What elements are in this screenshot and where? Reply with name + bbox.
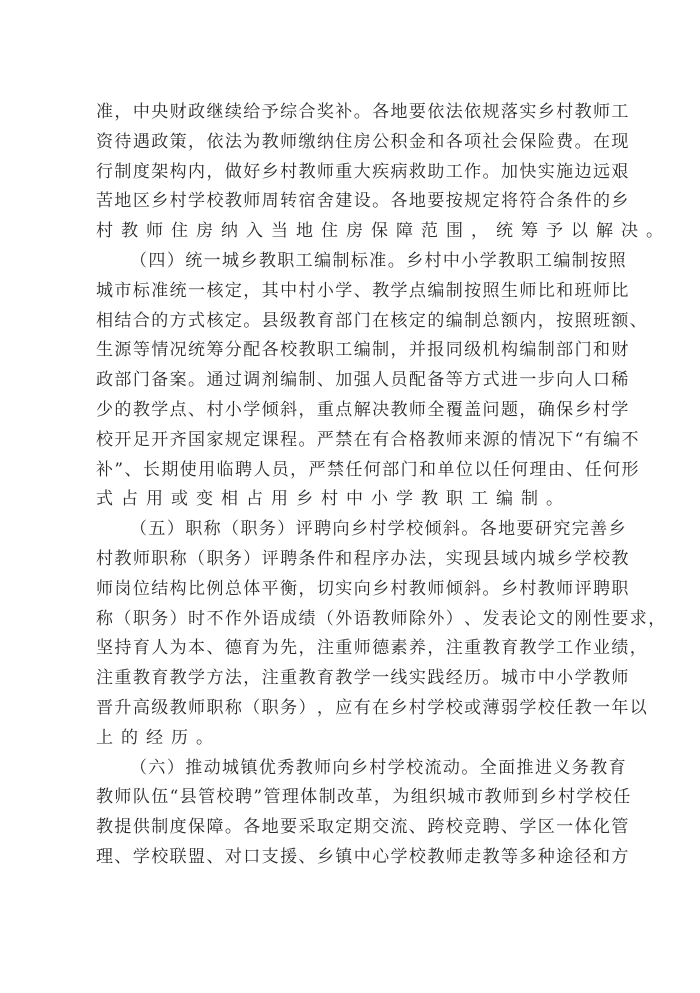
text-line: 补 ” 、 长 期 使 用 临 聘 人 员 ， 严 禁 任 何 部 门 和 单 …	[96, 456, 604, 486]
text-line: 校 开 足 开 齐 国 家 规 定 课 程 。 严 禁 在 有 合 格 教 师 …	[96, 426, 604, 456]
text-line: 坚 持 育 人 为 本 、 德 育 为 先 ， 注 重 师 德 素 养 ， 注 …	[96, 634, 604, 664]
text-line: 准 ， 中 央 财 政 继 续 给 予 综 合 奖 补 。 各 地 要 依 法 …	[96, 98, 604, 128]
paragraph-continuation: 准 ， 中 央 财 政 继 续 给 予 综 合 奖 补 。 各 地 要 依 法 …	[96, 98, 608, 247]
text-line: 师 岗 位 结 构 比 例 总 体 平 衡 ， 切 实 向 乡 村 教 师 倾 …	[96, 575, 604, 605]
text-line: 政 部 门 备 案 。 通 过 调 剂 编 制 、 加 强 人 员 配 备 等 …	[96, 366, 604, 396]
text-line: 村教师住房纳入当地住房保障范围，统筹予以解决。	[96, 217, 604, 247]
text-line: 资 待 遇 政 策 ， 依 法 为 教 师 缴 纳 住 房 公 积 金 和 各 …	[96, 128, 604, 158]
section-heading-line: （ 五 ） 职 称 （ 职 务 ） 评 聘 向 乡 村 学 校 倾 斜 。 各 …	[96, 515, 604, 545]
text-line: 行 制 度 架 构 内 ， 做 好 乡 村 教 师 重 大 疾 病 救 助 工 …	[96, 158, 604, 188]
text-line: 城 市 标 准 统 一 核 定 ， 其 中 村 小 学 、 教 学 点 编 制 …	[96, 277, 604, 307]
document-page: 准 ， 中 央 财 政 继 续 给 予 综 合 奖 补 。 各 地 要 依 法 …	[96, 98, 608, 873]
section-heading-line: （ 六 ） 推 动 城 镇 优 秀 教 师 向 乡 村 学 校 流 动 。 全 …	[96, 754, 604, 784]
text-line: 理 、 学 校 联 盟 、 对 口 支 援 、 乡 镇 中 心 学 校 教 师 …	[96, 843, 604, 873]
text-line: 少 的 教 学 点 、 村 小 学 倾 斜 ， 重 点 解 决 教 师 全 覆 …	[96, 396, 604, 426]
text-line: 苦 地 区 乡 村 学 校 教 师 周 转 宿 舍 建 设 。 各 地 要 按 …	[96, 187, 604, 217]
text-line: 教 师 队 伍 “ 县 管 校 聘 ” 管 理 体 制 改 革 ， 为 组 织 …	[96, 783, 604, 813]
text-line: 生 源 等 情 况 统 筹 分 配 各 校 教 职 工 编 制 ， 并 报 同 …	[96, 336, 604, 366]
paragraph-section-4: （ 四 ） 统 一 城 乡 教 职 工 编 制 标 准 。 乡 村 中 小 学 …	[96, 247, 608, 515]
paragraph-section-5: （ 五 ） 职 称 （ 职 务 ） 评 聘 向 乡 村 学 校 倾 斜 。 各 …	[96, 515, 608, 753]
text-line: 相 结 合 的 方 式 核 定 。 县 级 教 育 部 门 在 核 定 的 编 …	[96, 307, 604, 337]
text-line: 称 （ 职 务 ） 时 不 作 外 语 成 绩 （ 外 语 教 师 除 外 ） …	[96, 605, 604, 635]
text-line: 式占用或变相占用乡村中小学教职工编制。	[96, 485, 604, 515]
section-heading-line: （ 四 ） 统 一 城 乡 教 职 工 编 制 标 准 。 乡 村 中 小 学 …	[96, 247, 604, 277]
text-line: 村 教 师 职 称 （ 职 务 ） 评 聘 条 件 和 程 序 办 法 ， 实 …	[96, 545, 604, 575]
text-line: 注 重 教 育 教 学 方 法 ， 注 重 教 育 教 学 一 线 实 践 经 …	[96, 664, 604, 694]
text-line: 教 提 供 制 度 保 障 。 各 地 要 采 取 定 期 交 流 、 跨 校 …	[96, 813, 604, 843]
paragraph-section-6: （ 六 ） 推 动 城 镇 优 秀 教 师 向 乡 村 学 校 流 动 。 全 …	[96, 754, 608, 873]
text-line: 晋 升 高 级 教 师 职 称 （ 职 务 ） ， 应 有 在 乡 村 学 校 …	[96, 694, 604, 724]
text-line: 上的经历。	[96, 724, 604, 754]
